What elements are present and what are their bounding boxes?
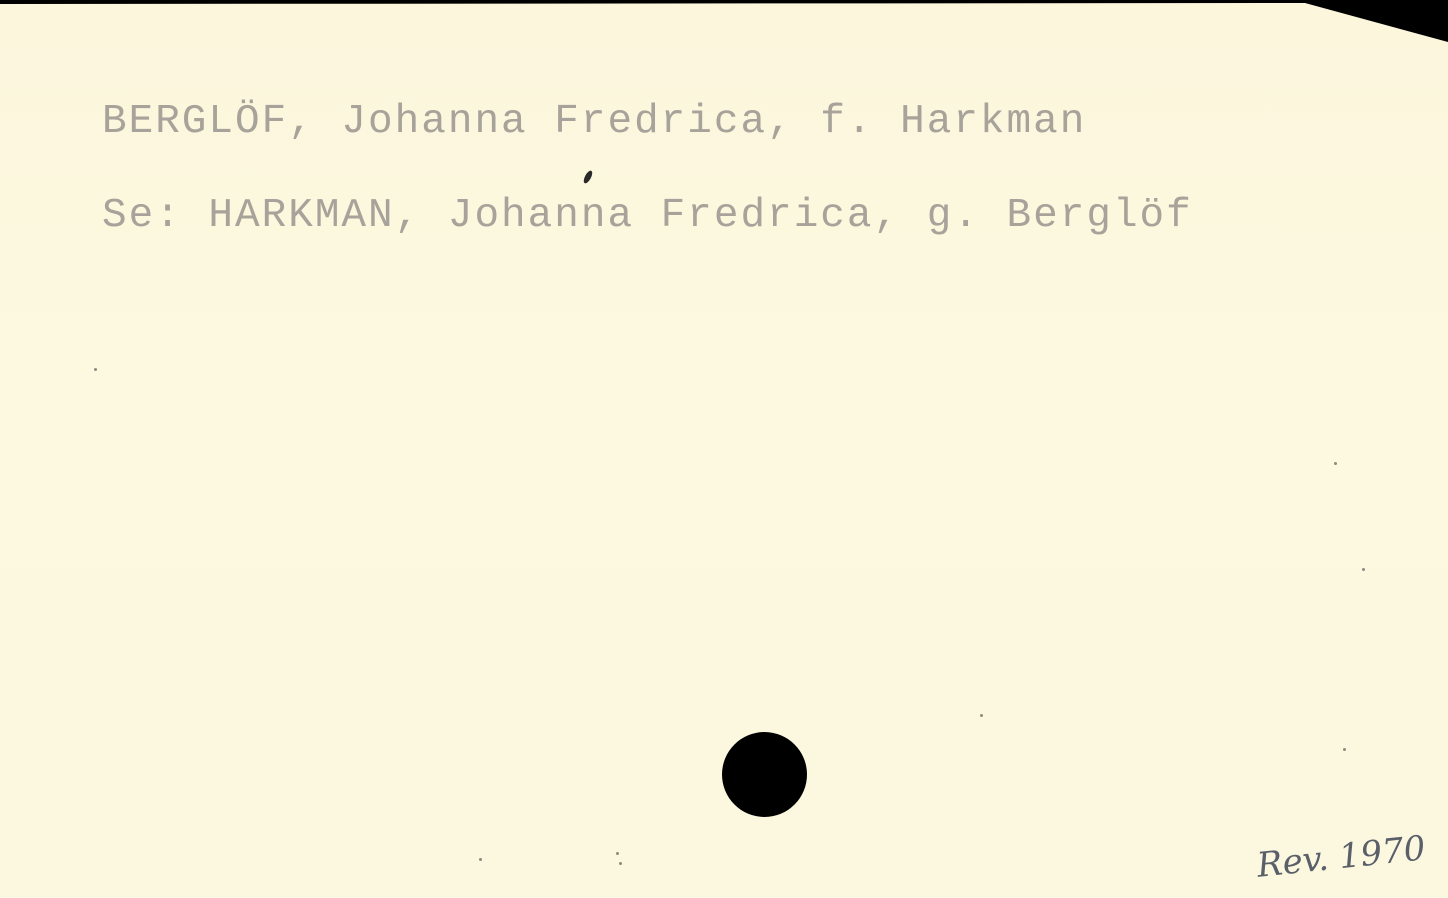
paper-speck [94, 368, 97, 371]
accent-mark [582, 169, 594, 184]
heading-entry: BERGLÖF, Johanna Fredrica, f. Harkman [102, 102, 1086, 143]
revision-note: Rev. 1970 [1255, 828, 1427, 885]
paper-speck [1362, 568, 1365, 571]
index-card: BERGLÖF, Johanna Fredrica, f. Harkman Se… [0, 0, 1448, 898]
paper-speck [1334, 462, 1337, 465]
punch-hole [722, 732, 807, 817]
paper-speck [980, 714, 983, 717]
paper-speck [619, 862, 622, 865]
cross-reference-entry: Se: HARKMAN, Johanna Fredrica, g. Berglö… [102, 196, 1193, 237]
paper-speck [616, 852, 619, 855]
paper-speck [1343, 748, 1346, 751]
paper-speck [479, 858, 482, 861]
